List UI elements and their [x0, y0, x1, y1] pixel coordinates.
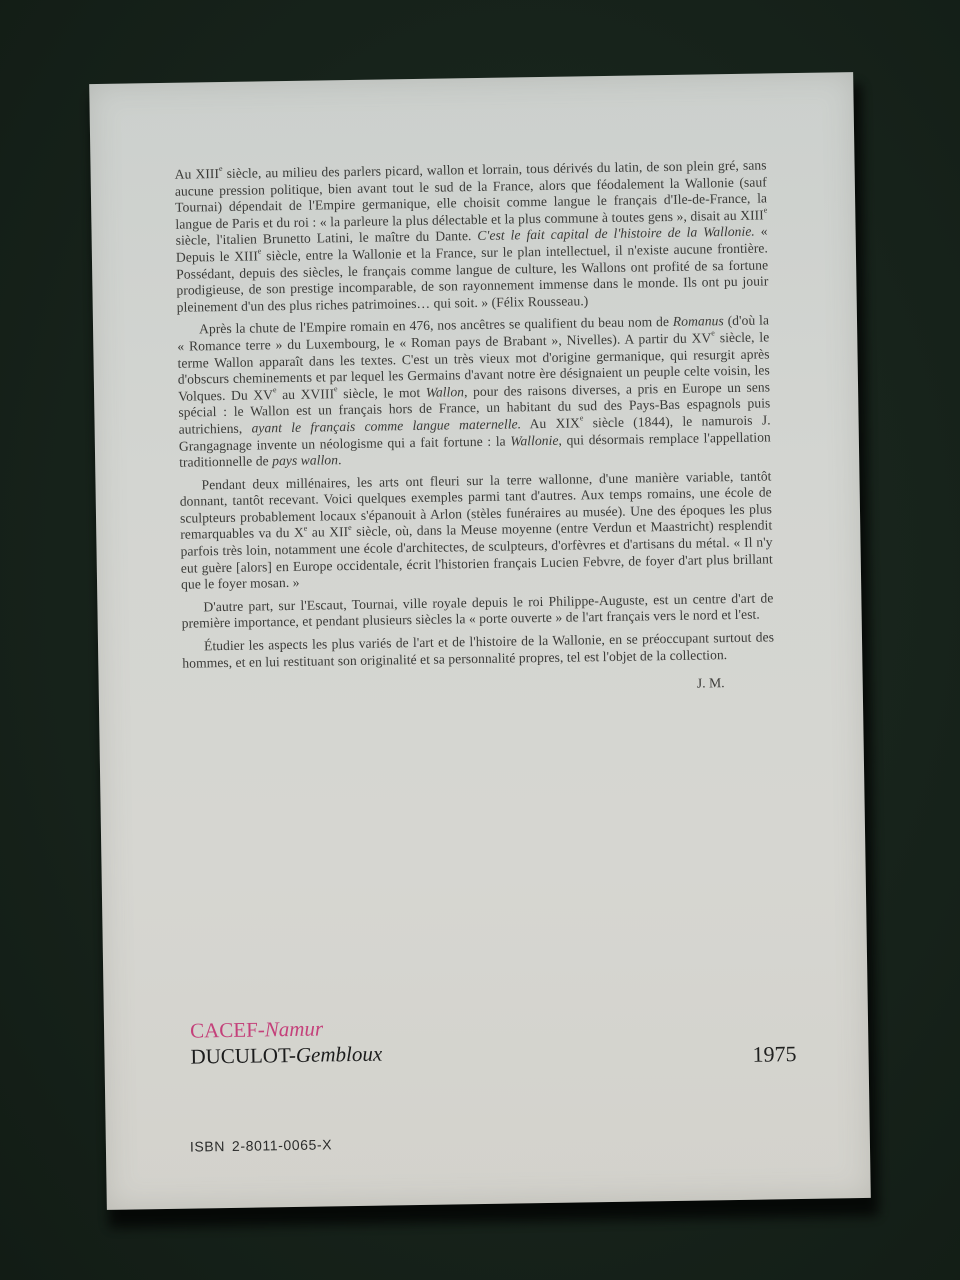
isbn-value: 2-8011-0065-X	[232, 1136, 332, 1154]
publisher-cacef: CACEF-Namur	[190, 1015, 382, 1044]
paragraph-4: D'autre part, sur l'Escaut, Tournai, vil…	[181, 590, 773, 632]
paragraph-1: Au XIIIe siècle, au milieu des parlers p…	[175, 157, 769, 316]
isbn-label: ISBN	[190, 1138, 225, 1155]
blurb-text: Au XIIIe siècle, au milieu des parlers p…	[175, 157, 775, 700]
publisher-block: CACEF-Namur DUCULOT-Gembloux	[190, 1015, 382, 1070]
book-back-cover: Au XIIIe siècle, au milieu des parlers p…	[89, 72, 871, 1210]
paragraph-3: Pendant deux millénaires, les arts ont f…	[179, 468, 773, 593]
isbn: ISBN2-8011-0065-X	[190, 1136, 332, 1154]
author-initials: J. M.	[183, 675, 775, 701]
paragraph-5: Étudier les aspects les plus variés de l…	[182, 629, 774, 671]
paragraph-2: Après la chute de l'Empire romain en 476…	[177, 313, 771, 472]
publisher-duculot: DUCULOT-Gembloux	[190, 1041, 382, 1070]
publication-year: 1975	[752, 1041, 796, 1068]
